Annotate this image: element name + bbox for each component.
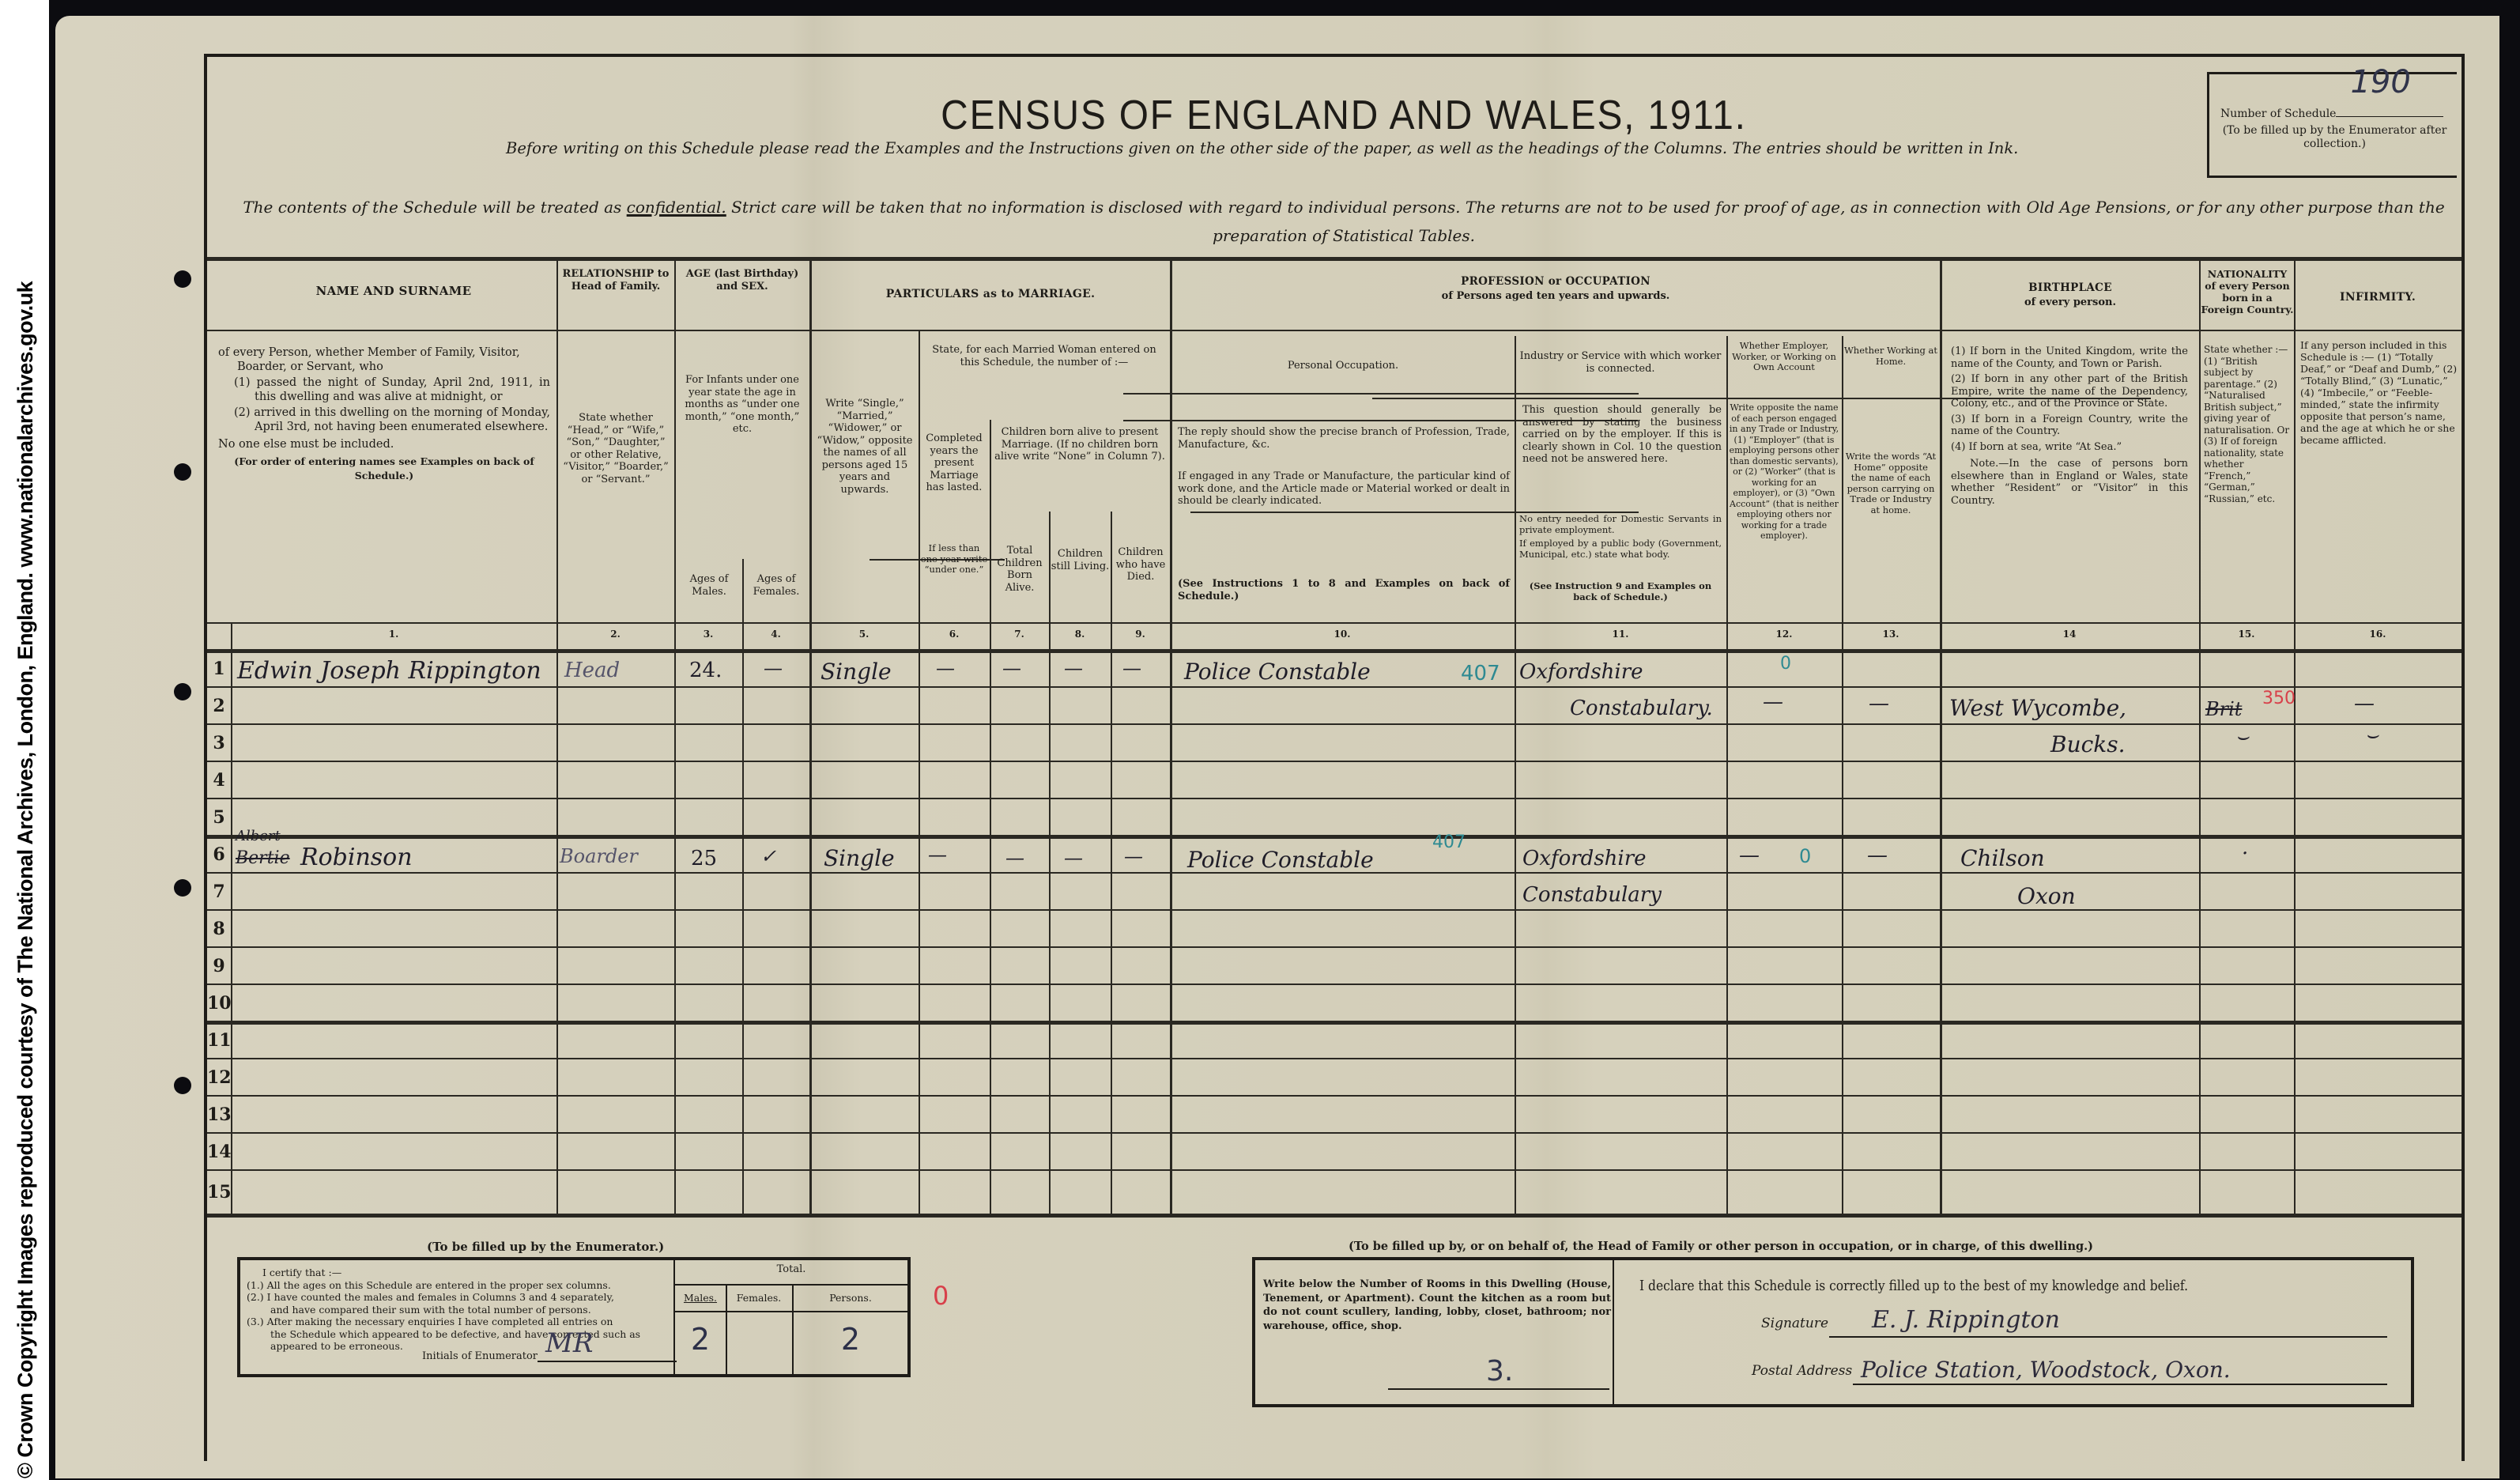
enumerator-certification: I certify that :— (1.) All the ages on t… <box>247 1267 666 1353</box>
header-relationship: RELATIONSHIP to Head of Family. <box>558 268 673 293</box>
sub-divider <box>1123 393 1639 395</box>
row-line <box>207 761 2462 762</box>
householder-box: Write below the Number of Rooms in this … <box>1252 1257 2414 1407</box>
entry-age-male[interactable]: 25 <box>691 847 717 870</box>
entry-nationality[interactable]: Brit <box>2205 698 2242 720</box>
totals-males-label: Males. <box>675 1286 726 1311</box>
header-name: NAME AND SURNAME <box>231 284 556 298</box>
entry-birthplace-line1[interactable]: Chilson <box>1960 845 2045 871</box>
row-line <box>207 1021 2462 1025</box>
header-nationality: NATIONALITY of every Person born in a Fo… <box>2201 268 2294 315</box>
entry-name-correction[interactable]: Albert <box>236 828 281 844</box>
entry-years-married[interactable]: — <box>928 844 947 866</box>
industry-desc-1: This question should generally be answer… <box>1522 404 1722 466</box>
entry-name[interactable]: Robinson <box>300 844 413 871</box>
relationship-desc: State whether “Head,” or “Wife,” “Son,” … <box>563 412 669 485</box>
totals-males-value[interactable]: 2 <box>675 1322 726 1357</box>
children-total-header: Total Children Born Alive. <box>991 545 1048 594</box>
entry-employer[interactable]: — <box>1763 690 1783 714</box>
children-died-header: Children who have Died. <box>1112 546 1169 583</box>
entry-condition[interactable]: Single <box>821 659 892 685</box>
entry-relationship[interactable]: Head <box>564 659 620 682</box>
entry-employer-code: 0 <box>1780 654 1791 674</box>
rooms-instruction: Write below the Number of Rooms in this … <box>1263 1278 1611 1333</box>
col-number: 12. <box>1726 629 1842 640</box>
entry-industry-line2[interactable]: Constabulary. <box>1570 697 1713 720</box>
entry-condition[interactable]: Single <box>824 845 895 871</box>
header-occupation: PROFESSION or OCCUPATION <box>1171 274 1940 289</box>
row-number: 14 <box>207 1142 231 1162</box>
row-number: 4 <box>207 770 231 791</box>
entry-occupation-code: 407 <box>1461 662 1500 685</box>
col-line <box>674 257 676 1214</box>
col-number: 11. <box>1515 629 1726 640</box>
infirmity-desc: If any person included in this Schedule … <box>2300 339 2458 446</box>
col-number: 9. <box>1111 629 1170 640</box>
schedule-number-value[interactable]: 190 <box>2350 76 2410 89</box>
marriage-condition-desc: Write “Single,” “Married,” “Widower,” or… <box>814 398 915 496</box>
row-line <box>207 984 2462 985</box>
header-marriage: PARTICULARS as to MARRIAGE. <box>811 287 1170 301</box>
col-number: 14 <box>1940 629 2199 640</box>
row-number: 5 <box>207 807 231 828</box>
row-number: 7 <box>207 882 231 902</box>
rooms-count[interactable]: 3. <box>1486 1355 1513 1387</box>
rooms-underline <box>1388 1388 1609 1390</box>
row-line <box>207 909 2462 911</box>
heading-divider <box>207 330 2462 331</box>
row-line <box>207 1169 2462 1171</box>
age-females-header: Ages of Females. <box>744 573 809 598</box>
row-number: 3 <box>207 733 231 753</box>
entry-employer-code: 0 <box>1799 845 1811 867</box>
row-line <box>207 1132 2462 1134</box>
birthplace-desc: (1) If born in the United Kingdom, write… <box>1951 345 2188 507</box>
name-desc: of every Person, whether Member of Famil… <box>218 345 550 483</box>
entry-industry-line2[interactable]: Constabulary <box>1522 883 1662 907</box>
row-number: 11 <box>207 1030 231 1051</box>
red-check-mark: 0 <box>933 1281 949 1311</box>
row-number: 10 <box>207 993 231 1014</box>
entry-age-male[interactable]: 24. <box>689 659 722 682</box>
years-married-note: If less than one year write “under one.” <box>920 543 988 576</box>
col-line <box>1049 512 1051 1214</box>
entry-nationality[interactable]: · <box>2242 842 2248 866</box>
personal-occupation-desc-3: (See Instructions 1 to 8 and Examples on… <box>1178 578 1510 602</box>
table-bottom-border <box>207 1214 2462 1218</box>
colnum-top <box>207 622 2462 624</box>
col-line <box>990 420 991 1214</box>
colnum-bottom <box>207 649 2462 653</box>
occupation-subheading: of Persons aged ten years and upwards. <box>1171 290 1940 303</box>
householder-caption: (To be filled up by, or on behalf of, th… <box>1349 1240 2093 1253</box>
row-number: 2 <box>207 696 231 716</box>
row-line <box>207 798 2462 799</box>
home-header: Whether Working at Home. <box>1843 345 1938 367</box>
industry-desc-3: If employed by a public body (Government… <box>1519 538 1722 560</box>
punch-hole <box>174 879 191 897</box>
confidential-emphasis: confidential. <box>627 198 726 217</box>
col-number: 8. <box>1049 629 1111 640</box>
entry-birthplace-line2[interactable]: Oxon <box>2017 883 2076 909</box>
totals-females-label: Females. <box>726 1286 792 1311</box>
children-heading: Children born alive to present Marriage.… <box>993 426 1167 463</box>
children-living-header: Children still Living. <box>1051 548 1110 572</box>
col-line <box>2199 257 2201 1214</box>
enumerator-initials: Initials of EnumeratorMR <box>422 1350 677 1362</box>
age-males-header: Ages of Males. <box>677 573 741 598</box>
entry-birthplace-line1[interactable]: West Wycombe, <box>1949 695 2126 721</box>
home-desc: Write the words “At Home” opposite the n… <box>1845 451 1937 515</box>
entry-at-home[interactable]: — <box>1867 844 1888 867</box>
married-woman-desc: State, for each Married Woman entered on… <box>922 344 1167 368</box>
totals-persons-value[interactable]: 2 <box>792 1322 909 1357</box>
totals-table: Total. Males. Females. Persons. 2 2 <box>673 1260 907 1376</box>
row-number: 15 <box>207 1182 231 1202</box>
col-number: 5. <box>809 629 919 640</box>
entry-relationship[interactable]: Boarder <box>560 845 638 867</box>
col-number: 6. <box>919 629 990 640</box>
entry-children-born[interactable]: — <box>1002 657 1021 679</box>
col-number: 10. <box>1170 629 1515 640</box>
entry-industry-line1[interactable]: Oxfordshire <box>1519 660 1643 684</box>
entry-name[interactable]: Edwin Joseph Rippington <box>237 657 541 685</box>
totals-persons-label: Persons. <box>792 1286 909 1311</box>
copyright-text: © Crown Copyright Images reproduced cour… <box>13 198 38 1478</box>
entry-occupation[interactable]: Police Constable <box>1184 659 1371 685</box>
declaration-text: I declare that this Schedule is correctl… <box>1639 1278 2188 1294</box>
nationality-desc: State whether :— (1) “British subject by… <box>2204 344 2292 504</box>
punch-hole <box>174 463 191 481</box>
instruction-line-1: Before writing on this Schedule please r… <box>506 139 2245 157</box>
row-number: 1 <box>207 659 231 679</box>
employer-header: Whether Employer, Worker, or Working on … <box>1728 341 1840 373</box>
row-line <box>207 686 2462 688</box>
entry-years-married[interactable]: — <box>936 657 955 679</box>
entry-children-born[interactable]: — <box>1005 847 1024 869</box>
col-line <box>1842 336 1843 1214</box>
row-line <box>207 1095 2462 1097</box>
col-line <box>1515 336 1516 1214</box>
row-line <box>207 835 2462 839</box>
postal-address-value[interactable]: Police Station, Woodstock, Oxon. <box>1861 1357 2231 1383</box>
personal-occupation-desc-1: The reply should show the precise branch… <box>1178 426 1510 451</box>
col-number: 3. <box>674 629 742 640</box>
entry-at-home[interactable]: — <box>1869 692 1889 715</box>
census-table: NAME AND SURNAME of every Person, whethe… <box>207 257 2462 1221</box>
col-line <box>809 257 812 1214</box>
copyright-strip: © Crown Copyright Images reproduced cour… <box>0 0 49 1480</box>
col-number: 16. <box>2294 629 2462 640</box>
row-number: 6 <box>207 844 231 865</box>
row-number: 13 <box>207 1104 231 1125</box>
col-number: 7. <box>990 629 1049 640</box>
entry-occupation-code: 407 <box>1432 832 1466 852</box>
years-married-desc: Completed years the present Marriage has… <box>920 432 988 494</box>
header-age: AGE (last Birthday) and SEX. <box>677 268 808 293</box>
punch-hole <box>174 270 191 288</box>
col-number: 4. <box>742 629 809 640</box>
row-number: 9 <box>207 956 231 976</box>
enumerator-initials-value[interactable]: MR <box>545 1327 593 1359</box>
col-number: 2. <box>556 629 674 640</box>
col-number: 1. <box>231 629 556 640</box>
address-underline <box>1853 1384 2387 1385</box>
age-desc: For Infants under one year state the age… <box>678 374 806 436</box>
row-number: 12 <box>207 1067 231 1088</box>
entry-name-struck: Bertie <box>236 848 290 868</box>
page-title: CENSUS OF ENGLAND AND WALES, 1911. <box>922 92 1765 139</box>
entry-employer[interactable]: — <box>1739 844 1760 867</box>
entry-nationality-mark: ⌣ <box>2235 725 2249 749</box>
row-line <box>207 946 2462 948</box>
col-line <box>1940 257 1942 1214</box>
entry-children-living[interactable]: — <box>1064 657 1083 679</box>
header-infirmity: INFIRMITY. <box>2296 290 2460 304</box>
row-line <box>207 1058 2462 1059</box>
entry-birthplace-line2[interactable]: Bucks. <box>2050 731 2126 757</box>
punch-hole <box>174 683 191 700</box>
col-line <box>556 257 558 1214</box>
entry-industry-line1[interactable]: Oxfordshire <box>1522 847 1647 870</box>
industry-desc-4: (See Instruction 9 and Examples on back … <box>1519 581 1722 602</box>
totals-divider <box>675 1311 907 1312</box>
punch-hole <box>174 1077 191 1094</box>
enumerator-caption: (To be filled up by the Enumerator.) <box>427 1240 664 1254</box>
col-number: 13. <box>1842 629 1940 640</box>
entry-occupation[interactable]: Police Constable <box>1187 847 1374 873</box>
postal-address-label: Postal Address <box>1752 1363 1852 1379</box>
entry-infirmity-mark: ⌣ <box>2365 723 2379 748</box>
schedule-number-box: Number of Schedule190 (To be filled up b… <box>2207 72 2457 178</box>
signature-label: Signature <box>1761 1316 1828 1331</box>
row-number: 8 <box>207 919 231 939</box>
entry-infirmity[interactable]: — <box>2354 692 2375 715</box>
col-number: 15. <box>2199 629 2294 640</box>
header-birthplace: BIRTHPLACE <box>1941 281 2199 295</box>
col-line <box>1170 257 1172 1214</box>
entry-age-female[interactable]: — <box>764 657 783 679</box>
entry-age-female[interactable]: ✓ <box>760 845 776 867</box>
birthplace-subheading: of every person. <box>1941 296 2199 309</box>
table-top-border <box>207 257 2462 261</box>
personal-occupation-desc-2: If engaged in any Trade or Manufacture, … <box>1178 470 1510 508</box>
personal-occupation-header: Personal Occupation. <box>1173 360 1513 372</box>
schedule-number-note: (To be filled up by the Enumerator after… <box>2220 124 2449 151</box>
entry-nationality-code: 350 <box>2262 689 2296 708</box>
industry-header: Industry or Service with which worker is… <box>1516 350 1725 375</box>
entry-children-died[interactable]: — <box>1122 657 1141 679</box>
instruction-line-2: The contents of the Schedule will be tre… <box>229 193 2458 250</box>
enumerator-box: I certify that :— (1.) All the ages on t… <box>237 1257 911 1377</box>
employer-desc: Write opposite the name of each person e… <box>1728 402 1840 542</box>
col-line <box>742 559 744 1214</box>
entry-children-died[interactable]: — <box>1124 845 1143 867</box>
rooms-section: Write below the Number of Rooms in this … <box>1255 1260 1614 1404</box>
col-line <box>1111 512 1112 1214</box>
signature-value[interactable]: E. J. Rippington <box>1872 1306 2060 1334</box>
entry-children-living[interactable]: — <box>1064 847 1083 869</box>
industry-desc-2: No entry needed for Domestic Servants in… <box>1519 514 1722 535</box>
row-line <box>207 723 2462 725</box>
signature-underline <box>1829 1336 2387 1338</box>
col-line <box>2294 257 2296 1214</box>
